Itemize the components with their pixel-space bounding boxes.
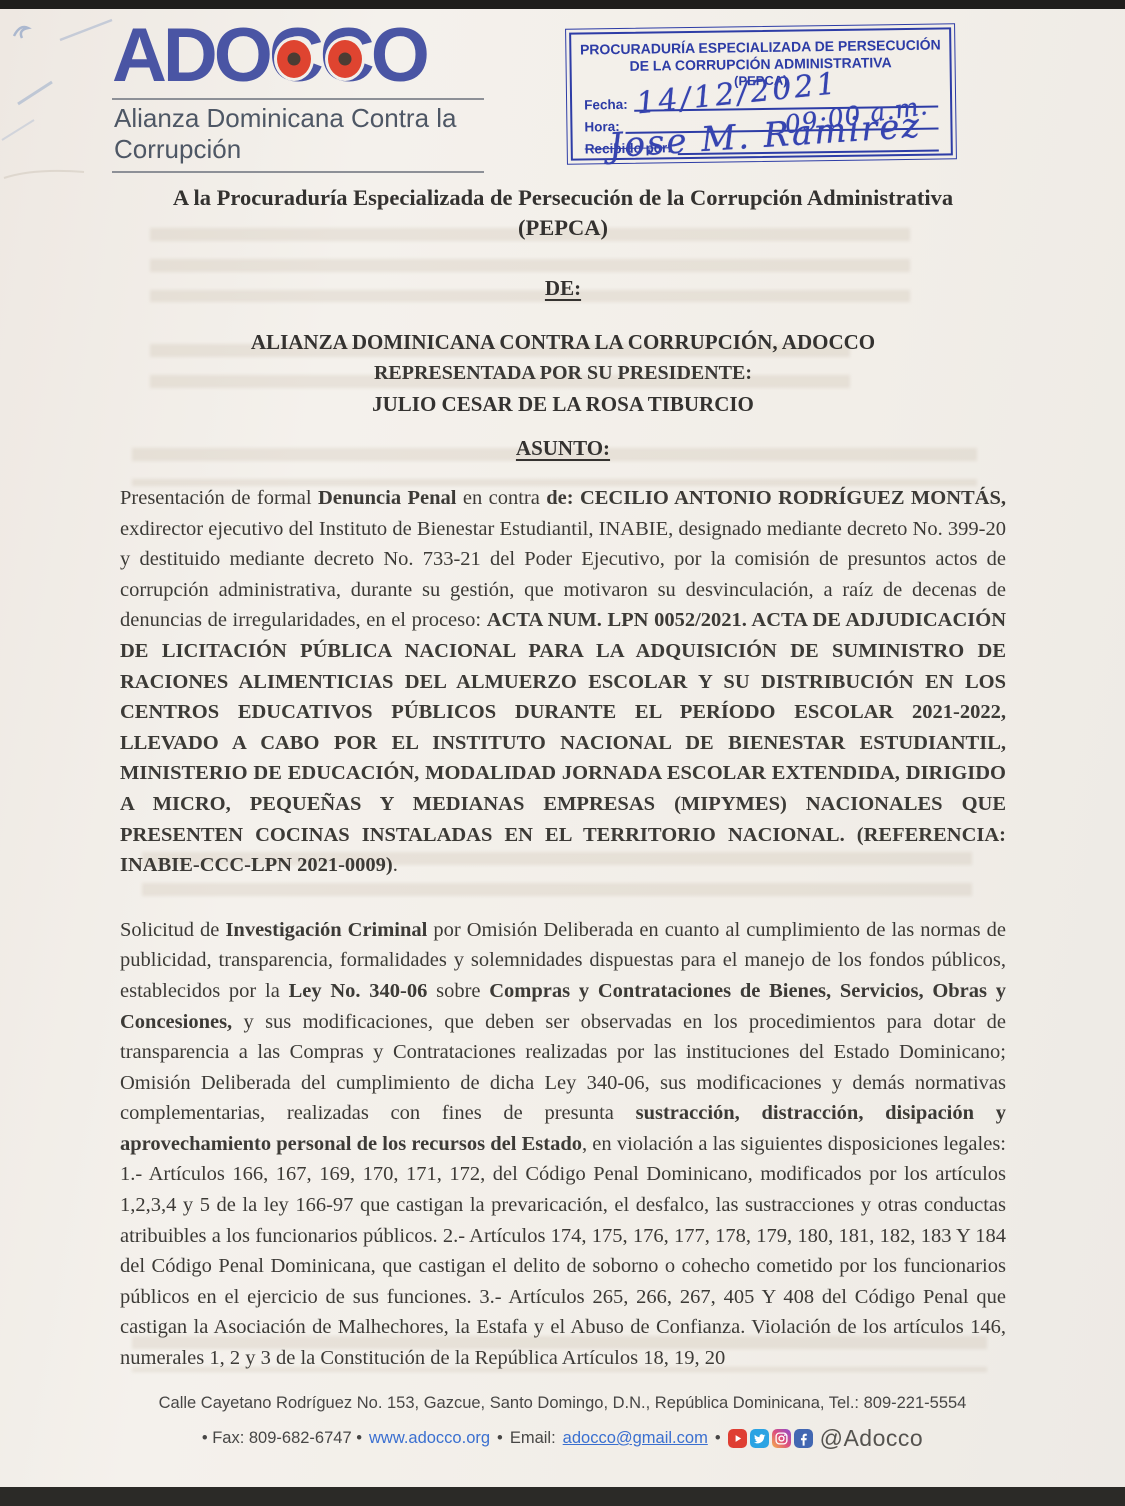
text-run-bold: Ley No. 340-06 (289, 980, 428, 1002)
photo-edge-top (0, 0, 1125, 9)
president-name: JULIO CESAR DE LA ROSA TIBURCIO (120, 389, 1006, 420)
pepca-reception-stamp: PROCURADURÍA ESPECIALIZADA DE PERSECUCIÓ… (569, 27, 953, 160)
logo-divider (112, 171, 484, 173)
email-link[interactable]: adocco@gmail.com (563, 1429, 708, 1448)
organization-name: ALIANZA DOMINICANA CONTRA LA CORRUPCIÓN,… (120, 327, 1006, 358)
text-run: , en violación a las siguientes disposic… (120, 1133, 1006, 1369)
addressee-line2: (PEPCA) (120, 213, 1006, 243)
text-run: sobre (427, 980, 489, 1002)
addressee-heading: A la Procuraduría Especializada de Perse… (120, 183, 1006, 243)
footer-contact-line: • Fax: 809-682-6747 • www.adocco.org • E… (0, 1425, 1125, 1452)
logo-letters-ad: AD (112, 13, 214, 98)
footer-fax: • Fax: 809-682-6747 • (202, 1429, 362, 1448)
adocco-wordmark: ADOCCO (112, 16, 484, 96)
photo-edge-bottom (0, 1487, 1125, 1506)
footer-address: Calle Cayetano Rodríguez No. 153, Gazcue… (0, 1394, 1125, 1413)
social-handle: @Adocco (820, 1425, 924, 1452)
social-icons (728, 1429, 813, 1448)
eye-dot-icon (325, 37, 365, 81)
text-run-bold: Investigación Criminal (225, 919, 427, 941)
twitter-icon (750, 1429, 769, 1448)
logo-subtitle: Alianza Dominicana Contra la Corrupción (112, 100, 484, 169)
eye-dot-icon (274, 37, 314, 81)
fecha-label: Fecha: (584, 97, 634, 113)
email-label: Email: (510, 1429, 556, 1448)
letterhead-footer: Calle Cayetano Rodríguez No. 153, Gazcue… (0, 1394, 1125, 1452)
logo-eye-c: C (269, 16, 320, 96)
text-run: Solicitud de (120, 919, 225, 941)
text-run: en contra (456, 487, 546, 509)
footer-bullet: • (715, 1429, 721, 1448)
youtube-icon (728, 1429, 747, 1448)
asunto-label: ASUNTO: (120, 436, 1006, 461)
text-run-bold: ACTA NUM. LPN 0052/2021. ACTA DE ADJUDIC… (120, 609, 1006, 876)
paragraph-solicitud: Solicitud de Investigación Criminal por … (120, 915, 1006, 1374)
text-run: Presentación de formal (120, 487, 318, 509)
de-label: DE: (120, 276, 1006, 301)
represented-by-line: REPRESENTADA POR SU PRESIDENTE: (120, 358, 1006, 389)
footer-bullet: • (497, 1429, 503, 1448)
text-run: . (393, 854, 398, 876)
logo-eye-c: C (320, 16, 371, 96)
paragraph-denuncia: Presentación de formal Denuncia Penal en… (120, 483, 1006, 881)
logo-letter-o: O (214, 13, 269, 98)
text-run-bold: de: CECILIO ANTONIO RODRÍGUEZ MONTÁS, (546, 487, 1006, 509)
letter-body: A la Procuraduría Especializada de Perse… (120, 183, 1006, 1374)
text-run-bold: Denuncia Penal (318, 487, 457, 509)
scanned-document-page: ADOCCO Alianza Dominicana Contra la Corr… (0, 0, 1125, 1506)
facebook-icon (794, 1429, 813, 1448)
addressee-line1: A la Procuraduría Especializada de Perse… (120, 183, 1006, 213)
instagram-icon (772, 1429, 791, 1448)
adocco-logo: ADOCCO Alianza Dominicana Contra la Corr… (112, 16, 484, 173)
logo-letter-o: O (371, 13, 426, 98)
website-link[interactable]: www.adocco.org (369, 1429, 490, 1448)
